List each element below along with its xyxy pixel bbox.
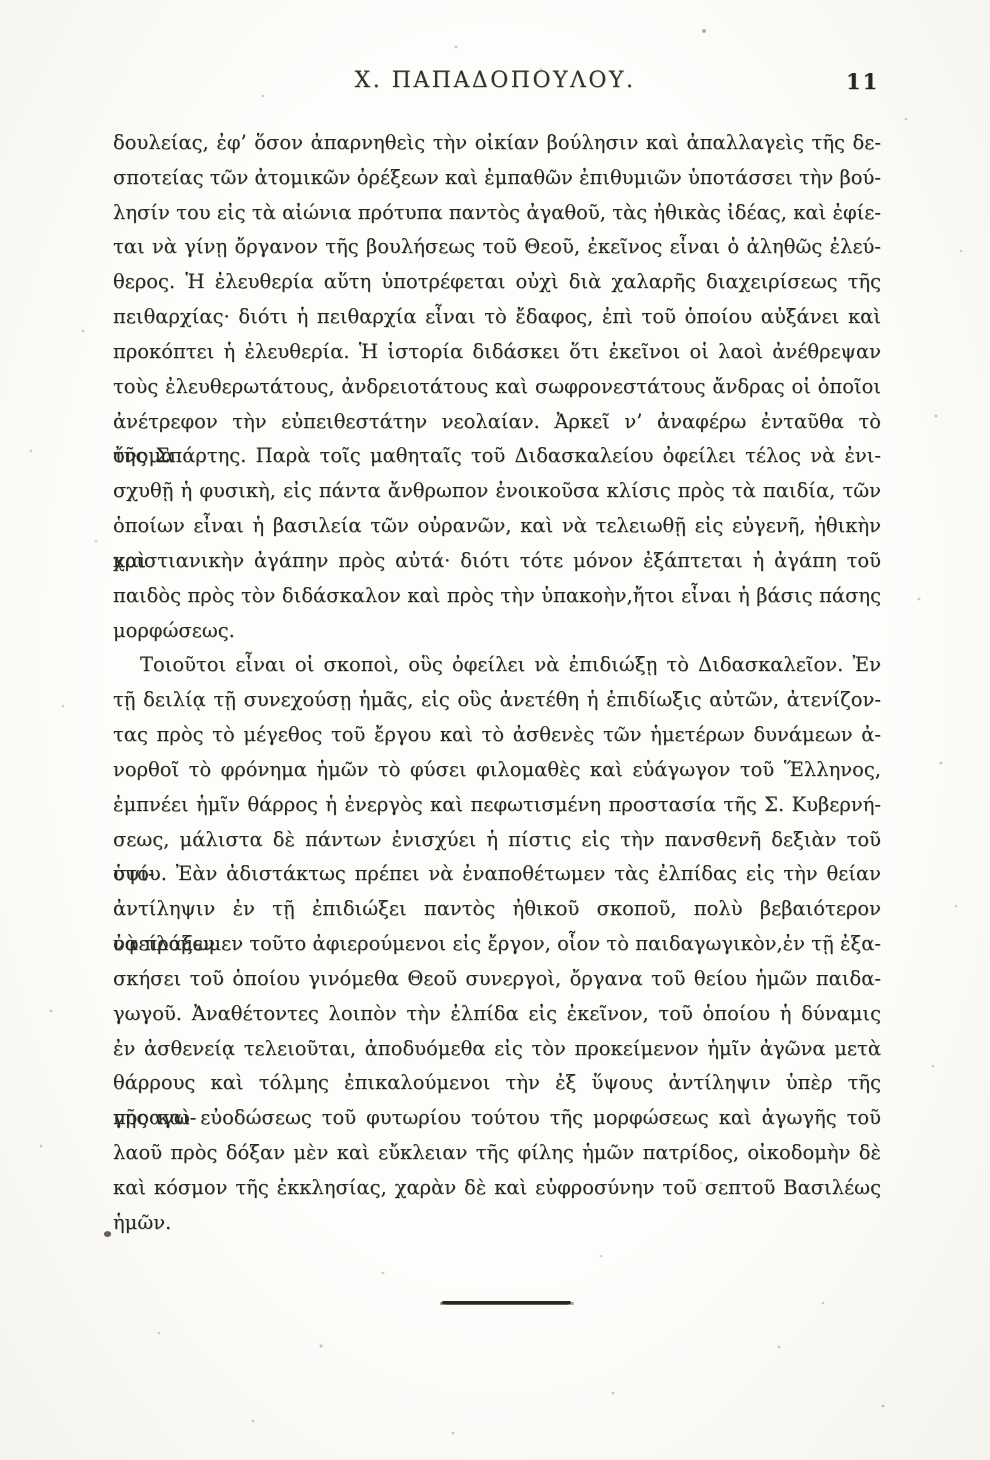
text-line: τῇ δειλίᾳ τῇ συνεχούσῃ ἡμᾶς, εἰς οὓς ἀνε… (113, 683, 881, 718)
text-line: σποτείας τῶν ἀτομικῶν ὀρέξεων καὶ ἐμπαθῶ… (113, 161, 881, 196)
text-line: μορφώσεως. (113, 614, 881, 649)
ink-speck (103, 1230, 112, 1238)
text-line: τας πρὸς τὸ μέγεθος τοῦ ἔργου καὶ τὸ ἀσθ… (113, 718, 881, 753)
text-line: γῆς καὶ εὐοδώσεως τοῦ φυτωρίου τούτου τῆ… (113, 1101, 881, 1136)
text-line: σκήσει τοῦ ὁποίου γινόμεθα Θεοῦ συνεργοὶ… (113, 962, 881, 997)
text-line: τῆς Σπάρτης. Παρὰ τοῖς μαθηταῖς τοῦ Διδα… (113, 439, 881, 474)
text-line: λαοῦ πρὸς δόξαν μὲν καὶ εὔκλειαν τῆς φίλ… (113, 1136, 881, 1171)
text-line: ἡμῶν. (113, 1206, 881, 1241)
text-line: ἐν ἀσθενείᾳ τελειοῦται, ἀποδυόμεθα εἰς τ… (113, 1032, 881, 1067)
text-line: θερος. Ἡ ἐλευθερία αὕτη ὑποτρέφεται οὐχὶ… (113, 265, 881, 300)
text-line: ὁποίων εἶναι ἡ βασιλεία τῶν οὐρανῶν, καὶ… (113, 509, 881, 544)
text-line: γωγοῦ. Ἀναθέτοντες λοιπὸν τὴν ἐλπίδα εἰς… (113, 997, 881, 1032)
scanned-book-page: Χ. ΠΑΠΑΔΟΠΟΥΛΟΥ. 11 δουλείας, ἐφ’ ὅσον ἀ… (0, 0, 990, 1460)
body-text-block: δουλείας, ἐφ’ ὅσον ἀπαρνηθεὶς τὴν οἰκίαν… (113, 126, 881, 1241)
scan-noise-speckles (0, 0, 2, 2)
text-line: Τοιοῦτοι εἶναι οἱ σκοποὶ, οὓς ὀφείλει νὰ… (113, 648, 881, 683)
page-number: 11 (846, 69, 879, 94)
text-line: ἀνέτρεφον τὴν εὐπειθεστάτην νεολαίαν. Ἀρ… (113, 405, 881, 440)
text-line: τοὺς ἐλευθερωτάτους, ἀνδρειοτάτους καὶ σ… (113, 370, 881, 405)
text-line: ται νὰ γίνῃ ὄργανον τῆς βουλήσεως τοῦ Θε… (113, 230, 881, 265)
text-line: ἀντίληψιν ἐν τῇ ἐπιδιώξει παντὸς ἠθικοῦ … (113, 892, 881, 927)
text-line: χριστιανικὴν ἀγάπην πρὸς αὐτά· διότι τότ… (113, 544, 881, 579)
page-header-title: Χ. ΠΑΠΑΔΟΠΟΥΛΟΥ. (0, 68, 990, 93)
text-line: παιδὸς πρὸς τὸν διδάσκαλον καὶ πρὸς τὴν … (113, 579, 881, 614)
text-line: προκόπτει ἡ ἐλευθερία. Ἡ ἱστορία διδάσκε… (113, 335, 881, 370)
text-line: νὰ πράξωμεν τοῦτο ἀφιερούμενοι εἰς ἔργον… (113, 927, 881, 962)
text-line: καὶ κόσμον τῆς ἐκκλησίας, χαρὰν δὲ καὶ ε… (113, 1171, 881, 1206)
text-line: θάρρους καὶ τόλμης ἐπικαλούμενοι τὴν ἐξ … (113, 1066, 881, 1101)
text-line: λησίν του εἰς τὰ αἰώνια πρότυπα παντὸς ἀ… (113, 196, 881, 231)
text-line: σεως, μάλιστα δὲ πάντων ἐνισχύει ἡ πίστι… (113, 823, 881, 858)
text-line: στου. Ἐὰν ἀδιστάκτως πρέπει νὰ ἐναποθέτω… (113, 857, 881, 892)
text-line: σχυθῇ ἡ φυσικὴ, εἰς πάντα ἄνθρωπον ἐνοικ… (113, 474, 881, 509)
text-line: δουλείας, ἐφ’ ὅσον ἀπαρνηθεὶς τὴν οἰκίαν… (113, 126, 881, 161)
section-divider-rule (442, 1301, 571, 1304)
text-line: πειθαρχίας· διότι ἡ πειθαρχία εἶναι τὸ ἔ… (113, 300, 881, 335)
text-line: νορθοῖ τὸ φρόνημα ἡμῶν τὸ φύσει φιλομαθὲ… (113, 753, 881, 788)
text-line: ἐμπνέει ἡμῖν θάρρος ἡ ἐνεργὸς καὶ πεφωτι… (113, 788, 881, 823)
